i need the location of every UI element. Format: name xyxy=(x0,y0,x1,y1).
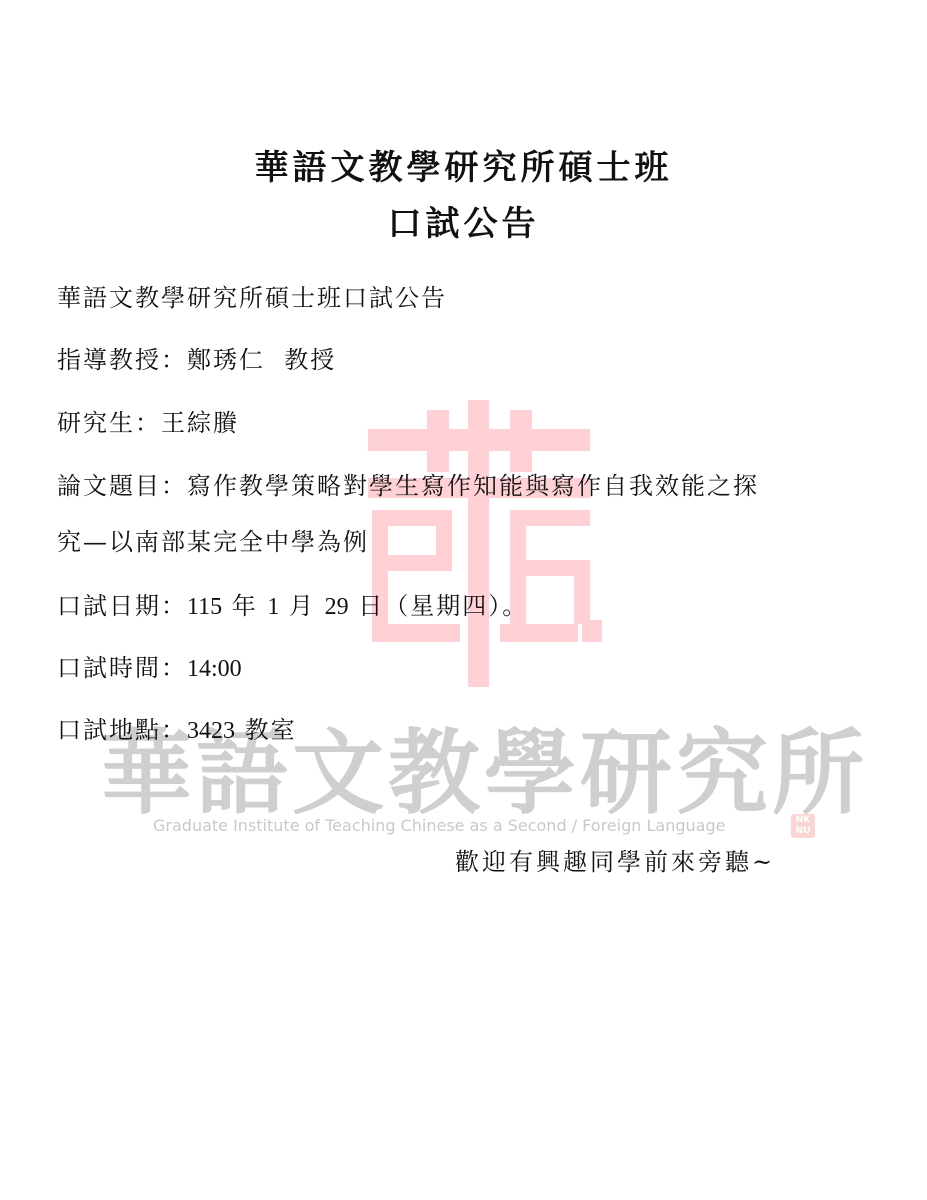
logo-block xyxy=(372,624,460,642)
nknu-logo-icon: NK NU xyxy=(791,814,815,838)
logo-block xyxy=(372,510,388,642)
date-year-unit: 年 xyxy=(222,592,267,620)
date-year: 115 xyxy=(187,594,222,620)
thesis-value-line1: 寫作教學策略對學生寫作知能與寫作自我效能之探 xyxy=(187,472,759,500)
advisor-value: 鄭琇仁 教授 xyxy=(187,346,336,374)
date-day-unit: 日（星期四）。 xyxy=(349,592,529,620)
advisor-row: 指導教授：鄭琇仁 教授 xyxy=(57,340,336,375)
page-subtitle: 口試公告 xyxy=(0,196,927,245)
logo-block xyxy=(510,560,590,576)
time-label: 口試時間： xyxy=(57,654,187,682)
date-month-unit: 月 xyxy=(279,592,324,620)
logo-block xyxy=(582,620,602,642)
time-value: 14:00 xyxy=(187,656,242,682)
institute-english-name-watermark: Graduate Institute of Teaching Chinese a… xyxy=(153,816,725,835)
time-row: 口試時間：14:00 xyxy=(57,648,242,683)
logo-block xyxy=(500,624,578,642)
announcement-heading: 華語文教學研究所碩士班口試公告 xyxy=(57,278,447,313)
location-number: 3423 xyxy=(187,718,235,744)
logo-block xyxy=(372,555,452,571)
location-row: 口試地點：3423 教室 xyxy=(57,710,297,745)
student-label: 研究生： xyxy=(57,409,161,437)
page-title: 華語文教學研究所碩士班 xyxy=(0,140,927,189)
advisor-label: 指導教授： xyxy=(57,346,187,374)
thesis-value-line2: 究—以南部某完全中學為例 xyxy=(57,522,369,557)
welcome-note: 歡迎有興趣同學前來旁聽~ xyxy=(455,842,775,877)
student-value: 王綜賸 xyxy=(161,409,239,437)
thesis-label: 論文題目： xyxy=(57,472,187,500)
logo-block xyxy=(468,400,489,687)
logo-block xyxy=(510,510,590,526)
nknu-badge-bottom: NU xyxy=(791,826,815,837)
thesis-row: 論文題目：寫作教學策略對學生寫作知能與寫作自我效能之探 xyxy=(57,466,759,501)
location-unit: 教室 xyxy=(235,716,297,744)
location-label: 口試地點： xyxy=(57,716,187,744)
date-label: 口試日期： xyxy=(57,592,187,620)
date-day: 29 xyxy=(325,594,349,620)
student-row: 研究生：王綜賸 xyxy=(57,403,239,438)
date-month: 1 xyxy=(267,594,279,620)
date-row: 口試日期：115 年 1 月 29 日（星期四）。 xyxy=(57,586,528,621)
nknu-badge-top: NK xyxy=(791,815,815,826)
